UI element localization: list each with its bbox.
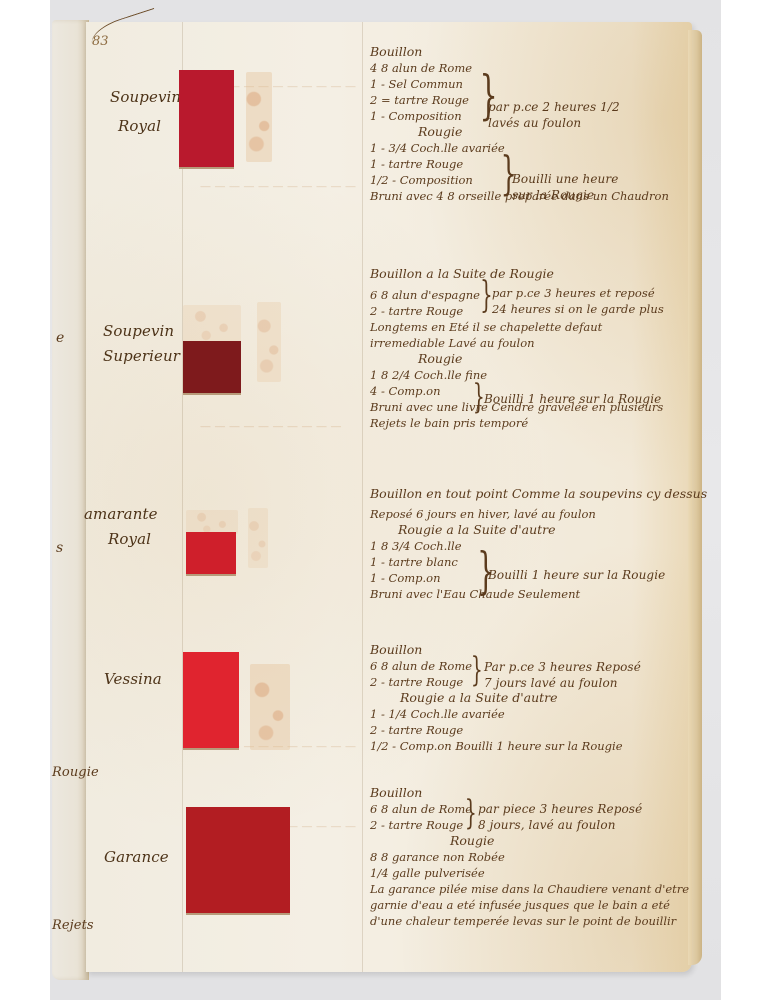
fabric-swatch [186,807,290,915]
recipe-line: d'une chaleur temperée levas sur le poin… [370,913,689,929]
brace-note: 24 heures si on le garde plus [492,302,664,316]
sample-name: Royal [118,117,161,135]
sample-name: Vessina [104,670,162,688]
recipe-subheading: Rougie [370,351,663,367]
recipe-line: 1/2 - Comp.on Bouilli 1 heure sur la Rou… [370,738,623,754]
left-leaf-fragment: e [56,330,64,346]
fabric-swatch [183,341,241,395]
brace-note: Bouilli une heure [512,172,618,186]
sample-name: Soupevin [110,88,181,106]
fabric-swatch [179,70,234,169]
sample-name: Soupevin [103,322,174,340]
fabric-swatch [186,532,236,576]
recipe-line: Bouillon [370,642,623,658]
recipe-block: Bouillon en tout point Comme la soupevin… [370,486,707,602]
swatch-stain [257,302,281,382]
recipe-line: 2 - tartre Rouge [370,722,623,738]
recipe-line: 1 - 3/4 Coch.lle avariée [370,140,669,156]
brace-note: par p.ce 3 heures et reposé [492,286,655,300]
recipe-line: Bouillon a la Suite de Rougie [370,266,663,282]
brace-note: par p.ce 2 heures 1/2 [488,100,620,114]
brace-note: par piece 3 heures Reposé [478,802,642,816]
ink-bleed: — — — — — — — — — — [200,420,341,433]
recipe-line: Reposé 6 jours en hiver, lavé au foulon [370,506,707,522]
recipe-line: 8 8 garance non Robée [370,849,689,865]
recipe-line: 4 8 alun de Rome [370,60,669,76]
recipe-line: Bouillon [370,44,669,60]
page-number: 83 [92,34,109,49]
swatch-stain [186,510,238,534]
brace-note: Bouilli 1 heure sur la Rougie [484,392,661,406]
recipe-line: Bouillon en tout point Comme la soupevin… [370,486,707,502]
recipe-block: Bouillon 6 8 alun de Rome 2 - tartre Rou… [370,642,623,754]
recipe-subheading: Rougie a la Suite d'autre [370,690,623,706]
brace-note: 8 jours, lavé au foulon [478,818,616,832]
brace: } [480,278,493,314]
recipe-line: Bouillon [370,785,689,801]
swatch-stain [248,508,268,568]
brace-note: 7 jours lavé au foulon [484,676,618,690]
brace: } [473,380,485,414]
brace: } [479,70,497,122]
recipe-line: irremediable Lavé au foulon [370,335,663,351]
recipe-line: La garance pilée mise dans la Chaudiere … [370,881,689,897]
sample-name: Garance [104,848,169,866]
sample-name: amarante [84,505,158,523]
sample-name: Royal [108,530,151,548]
recipe-line: Rejets le bain pris temporé [370,415,663,431]
sample-name: Superieur [103,347,180,365]
recipe-line: 1 8 2/4 Coch.lle fine [370,367,663,383]
brace-note: lavés au foulon [488,116,581,130]
left-leaf-fragment: Rougie [52,765,99,780]
brace-note: sur la Rougie [512,188,594,202]
recipe-line: 1/4 galle pulverisée [370,865,689,881]
ink-bleed: — — — — — — — — — — — [200,180,356,193]
brace-note: Par p.ce 3 heures Reposé [484,660,641,674]
recipe-line: 1 - tartre Rouge [370,156,669,172]
recipe-line: Longtems en Eté il se chapelette defaut [370,319,663,335]
left-page-leaf [52,20,89,980]
brace: } [465,796,477,830]
brace-note: Bouilli 1 heure sur la Rougie [488,568,665,582]
recipe-line: 1 8 3/4 Coch.lle [370,538,707,554]
swatch-stain [250,664,290,750]
left-leaf-fragment: Rejets [52,918,94,933]
recipe-subheading: Rougie a la Suite d'autre [370,522,707,538]
recipe-line: garnie d'eau a eté infusée jusques que l… [370,897,689,913]
recipe-line: 1 - Sel Commun [370,76,669,92]
brace: } [471,653,483,687]
recipe-subheading: Rougie [370,833,689,849]
swatch-stain [246,72,272,162]
column-rule [362,22,363,972]
fabric-swatch [183,652,239,750]
recipe-line: Bruni avec l'Eau Chaude Seulement [370,586,707,602]
swatch-stain [183,305,241,343]
recipe-line: 1 - 1/4 Coch.lle avariée [370,706,623,722]
left-leaf-fragment: s [56,540,63,556]
